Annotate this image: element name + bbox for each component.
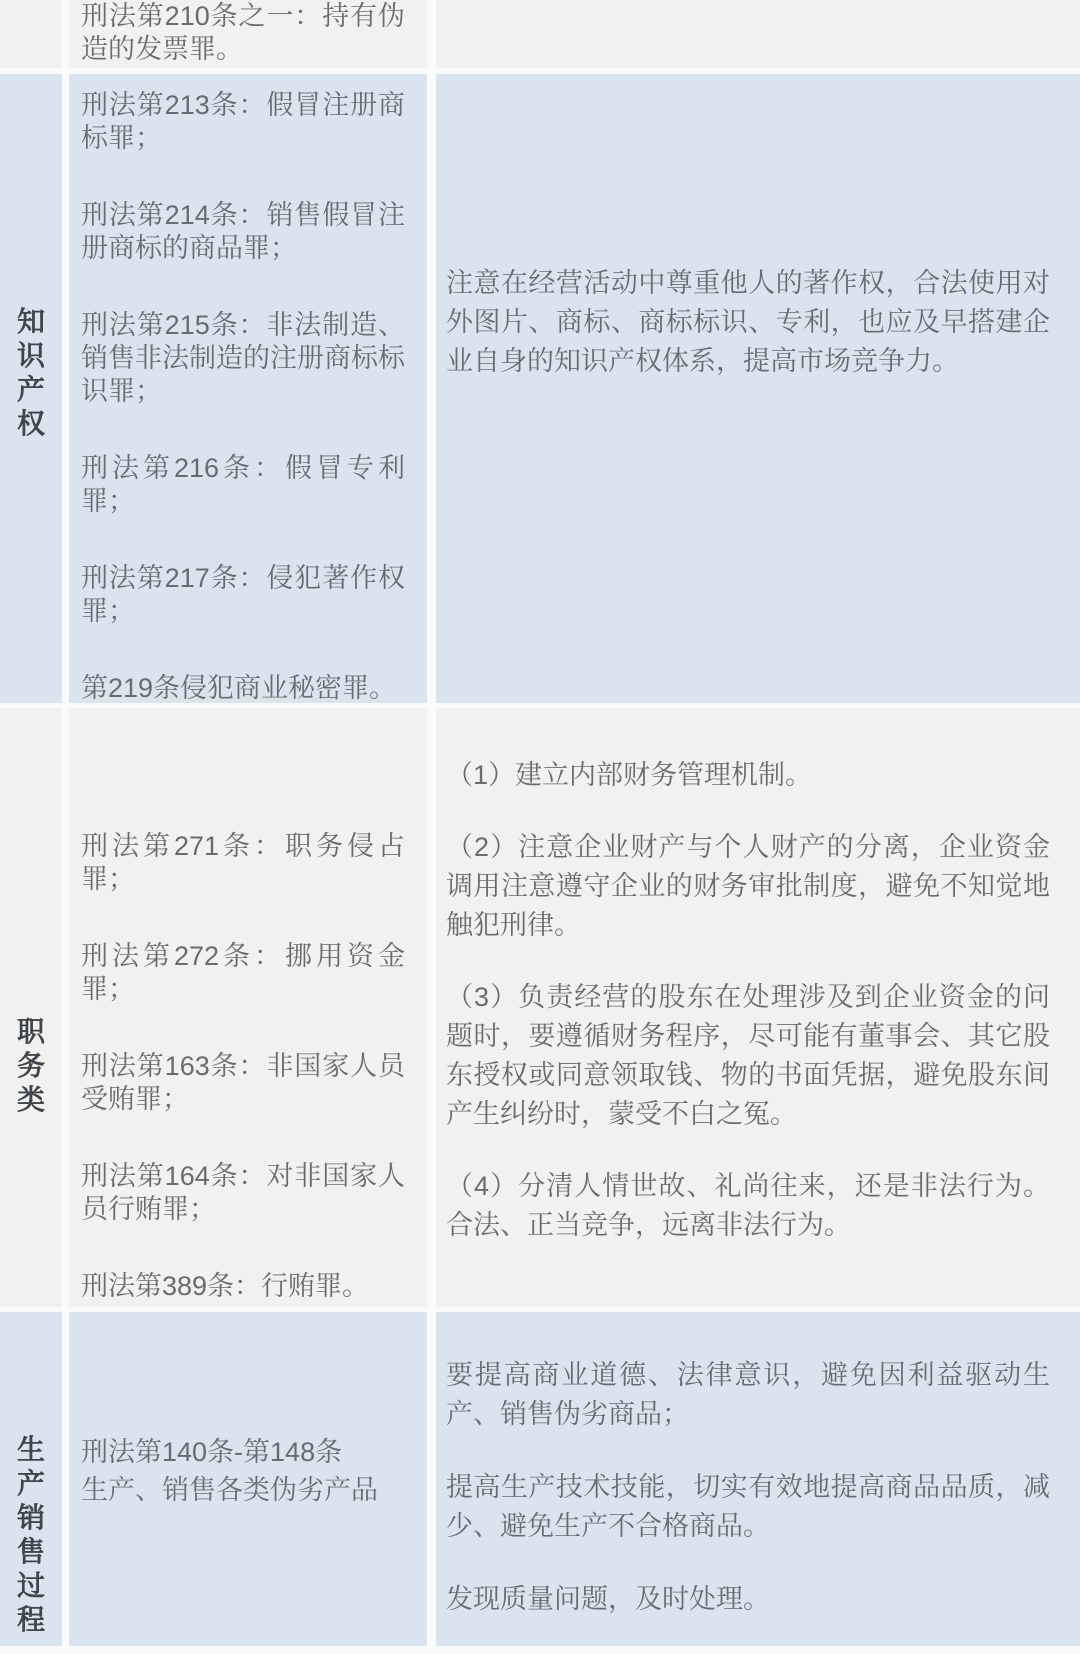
law-article: 刑法第272条：挪用资金罪；: [81, 940, 405, 1006]
law-article: 刑法第140条-第148条: [81, 1433, 405, 1471]
category-cell-cropped: [0, 0, 62, 68]
category-cell-duty-crimes: 职务类: [0, 708, 62, 1307]
category-label: 职务类: [16, 1015, 46, 1117]
law-article: 刑法第164条：对非国家人员行贿罪；: [81, 1160, 405, 1226]
category-cell-intellectual-property: 知识产权: [0, 74, 62, 703]
articles-cell-intellectual-property: 刑法第213条：假冒注册商标罪； 刑法第214条：销售假冒注册商标的商品罪； 刑…: [69, 74, 427, 703]
advice-item: 发现质量问题，及时处理。: [446, 1580, 1050, 1619]
law-article: 第219条侵犯商业秘密罪。: [81, 672, 405, 703]
advice-cell-intellectual-property: 注意在经营活动中尊重他人的著作权，合法使用对外图片、商标、商标标识、专利，也应及…: [436, 74, 1080, 703]
law-article: 刑法第215条：非法制造、销售非法制造的注册商标标识罪；: [81, 309, 405, 408]
law-article: 刑法第163条：非国家人员受贿罪；: [81, 1050, 405, 1116]
advice-cell-production-sales: 要提高商业道德、法律意识，避免因利益驱动生产、销售伪劣商品； 提高生产技术技能，…: [436, 1312, 1080, 1646]
articles-cell-duty-crimes: 刑法第271条：职务侵占罪； 刑法第272条：挪用资金罪； 刑法第163条：非国…: [69, 708, 427, 1307]
law-article: 刑法第214条：销售假冒注册商标的商品罪；: [81, 199, 405, 265]
law-article: 刑法第216条：假冒专利罪；: [81, 452, 405, 518]
category-label: 知识产权: [16, 305, 46, 441]
advice-cell-duty-crimes: （1）建立内部财务管理机制。 （2）注意企业财产与个人财产的分离，企业资金调用注…: [436, 708, 1080, 1307]
advice-item: （1）建立内部财务管理机制。: [446, 756, 1050, 795]
law-article: 刑法第389条：行贿罪。: [81, 1270, 405, 1303]
law-article: 刑法第217条：侵犯著作权罪；: [81, 562, 405, 628]
advice-item: （3）负责经营的股东在处理涉及到企业资金的问题时，要遵循财务程序，尽可能有董事会…: [446, 978, 1050, 1134]
law-article: 刑法第271条：职务侵占罪；: [81, 830, 405, 896]
articles-cell-cropped: 刑法第210条之一：持有伪造的发票罪。: [69, 0, 427, 68]
advice-item: 注意在经营活动中尊重他人的著作权，合法使用对外图片、商标、商标标识、专利，也应及…: [446, 264, 1050, 381]
articles-cell-production-sales: 刑法第140条-第148条 生产、销售各类伪劣产品: [69, 1312, 427, 1646]
law-article: 生产、销售各类伪劣产品: [81, 1471, 405, 1509]
law-article: 刑法第210条之一：持有伪造的发票罪。: [81, 0, 405, 66]
advice-item: （2）注意企业财产与个人财产的分离，企业资金调用注意遵守企业的财务审批制度，避免…: [446, 828, 1050, 945]
advice-cell-cropped: [436, 0, 1080, 68]
criminal-law-risk-table: 刑法第210条之一：持有伪造的发票罪。 知识产权 刑法第213条：假冒注册商标罪…: [0, 0, 1080, 1654]
category-label: 生产销售过程: [16, 1433, 46, 1637]
advice-item: 要提高商业道德、法律意识，避免因利益驱动生产、销售伪劣商品；: [446, 1356, 1050, 1434]
advice-item: 提高生产技术技能，切实有效地提高商品品质，减少、避免生产不合格商品。: [446, 1468, 1050, 1546]
law-article: 刑法第213条：假冒注册商标罪；: [81, 89, 405, 155]
advice-item: （4）分清人情世故、礼尚往来，还是非法行为。合法、正当竞争，远离非法行为。: [446, 1167, 1050, 1245]
category-cell-production-sales: 生产销售过程: [0, 1312, 62, 1646]
